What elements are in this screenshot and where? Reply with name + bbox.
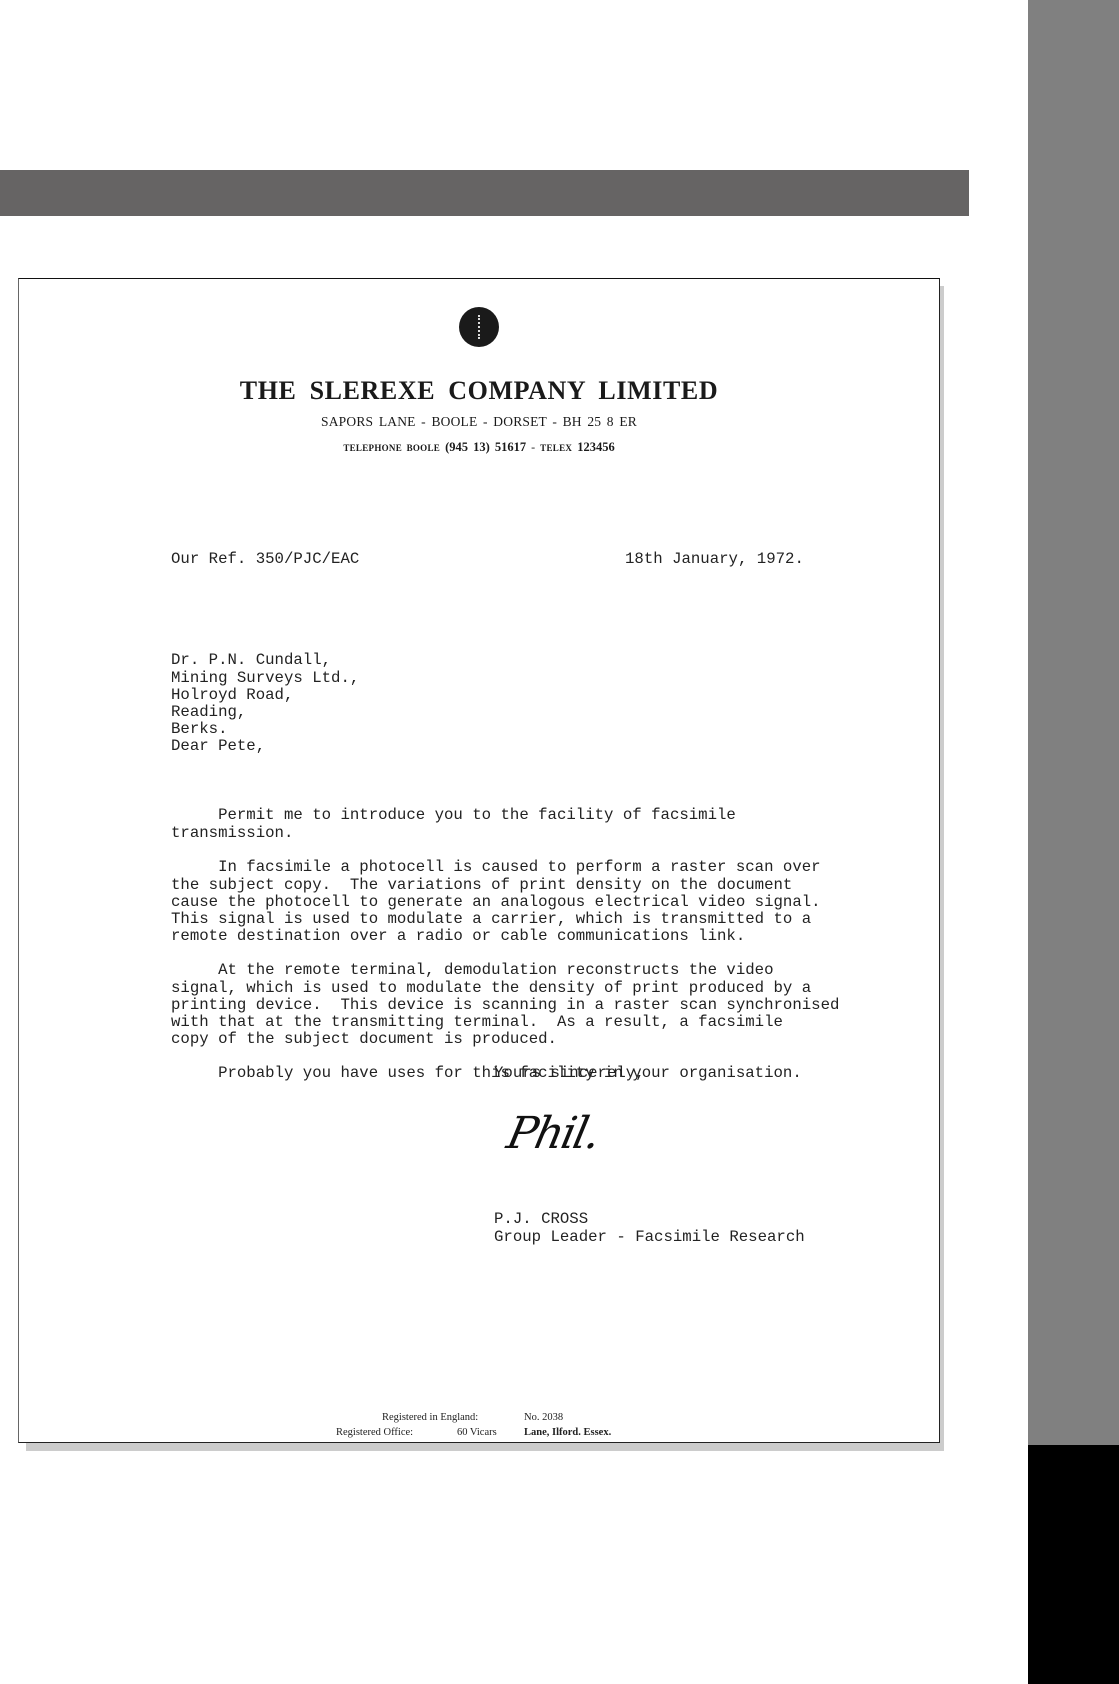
registered-label: Registered in England: <box>382 1412 478 1423</box>
signature: Phil. <box>503 1108 604 1159</box>
signer-block: P.J. CROSSGroup Leader - Facsimile Resea… <box>494 1177 805 1263</box>
paragraph-line: At the remote terminal, demodulation rec… <box>171 962 839 979</box>
side-panel <box>1028 0 1119 1445</box>
salutation: Dear Pete, <box>171 738 265 755</box>
letter-reference: Our Ref. 350/PJC/EAC <box>171 551 359 568</box>
letter-date: 18th January, 1972. <box>625 551 804 568</box>
signer-name: P.J. CROSS <box>494 1211 805 1228</box>
office-number: 60 Vicars <box>457 1427 497 1438</box>
paragraph-line: signal, which is used to modulate the de… <box>171 980 839 997</box>
telephone-label: TELEPHONE BOOLE <box>343 443 440 453</box>
recipient-line: Reading, <box>171 704 359 721</box>
paragraph-line: Probably you have uses for this facility… <box>171 1065 802 1082</box>
office-label: Registered Office: <box>336 1427 413 1438</box>
recipient-line: Dr. P.N. Cundall, <box>171 652 359 669</box>
recipient-line: Mining Surveys Ltd., <box>171 670 359 687</box>
registered-number: No. 2038 <box>524 1412 563 1423</box>
company-logo-icon <box>459 307 499 347</box>
paragraph-line: cause the photocell to generate an analo… <box>171 894 821 911</box>
telephone-number: (945 13) 51617 <box>445 440 526 454</box>
paragraph-4: Probably you have uses for this facility… <box>171 1031 802 1100</box>
closing: Yours sincerely, <box>494 1065 645 1082</box>
signer-title: Group Leader - Facsimile Research <box>494 1229 805 1246</box>
paragraph-line: the subject copy. The variations of prin… <box>171 877 821 894</box>
paragraph-line: with that at the transmitting terminal. … <box>171 1014 839 1031</box>
paragraph-line: printing device. This device is scanning… <box>171 997 839 1014</box>
telex-number: 123456 <box>577 440 615 454</box>
side-panel-footer <box>1028 1445 1119 1684</box>
office-address: Lane, Ilford. Essex. <box>524 1427 611 1438</box>
company-address: SAPORS LANE - BOOLE - DORSET - BH 25 8 E… <box>0 414 958 430</box>
paragraph-line: This signal is used to modulate a carrie… <box>171 911 821 928</box>
paragraph-line: Permit me to introduce you to the facili… <box>171 807 736 824</box>
company-name: THE SLEREXE COMPANY LIMITED <box>0 376 958 406</box>
company-contact: TELEPHONE BOOLE (945 13) 51617 - TELEX 1… <box>0 440 958 455</box>
recipient-address: Dr. P.N. Cundall,Mining Surveys Ltd.,Hol… <box>171 618 359 756</box>
recipient-line: Berks. <box>171 721 359 738</box>
viewer-toolbar-bar <box>0 170 969 216</box>
telex-label: TELEX <box>540 443 572 453</box>
contact-separator: - <box>531 440 535 454</box>
paragraph-line: In facsimile a photocell is caused to pe… <box>171 859 821 876</box>
recipient-line: Holroyd Road, <box>171 687 359 704</box>
